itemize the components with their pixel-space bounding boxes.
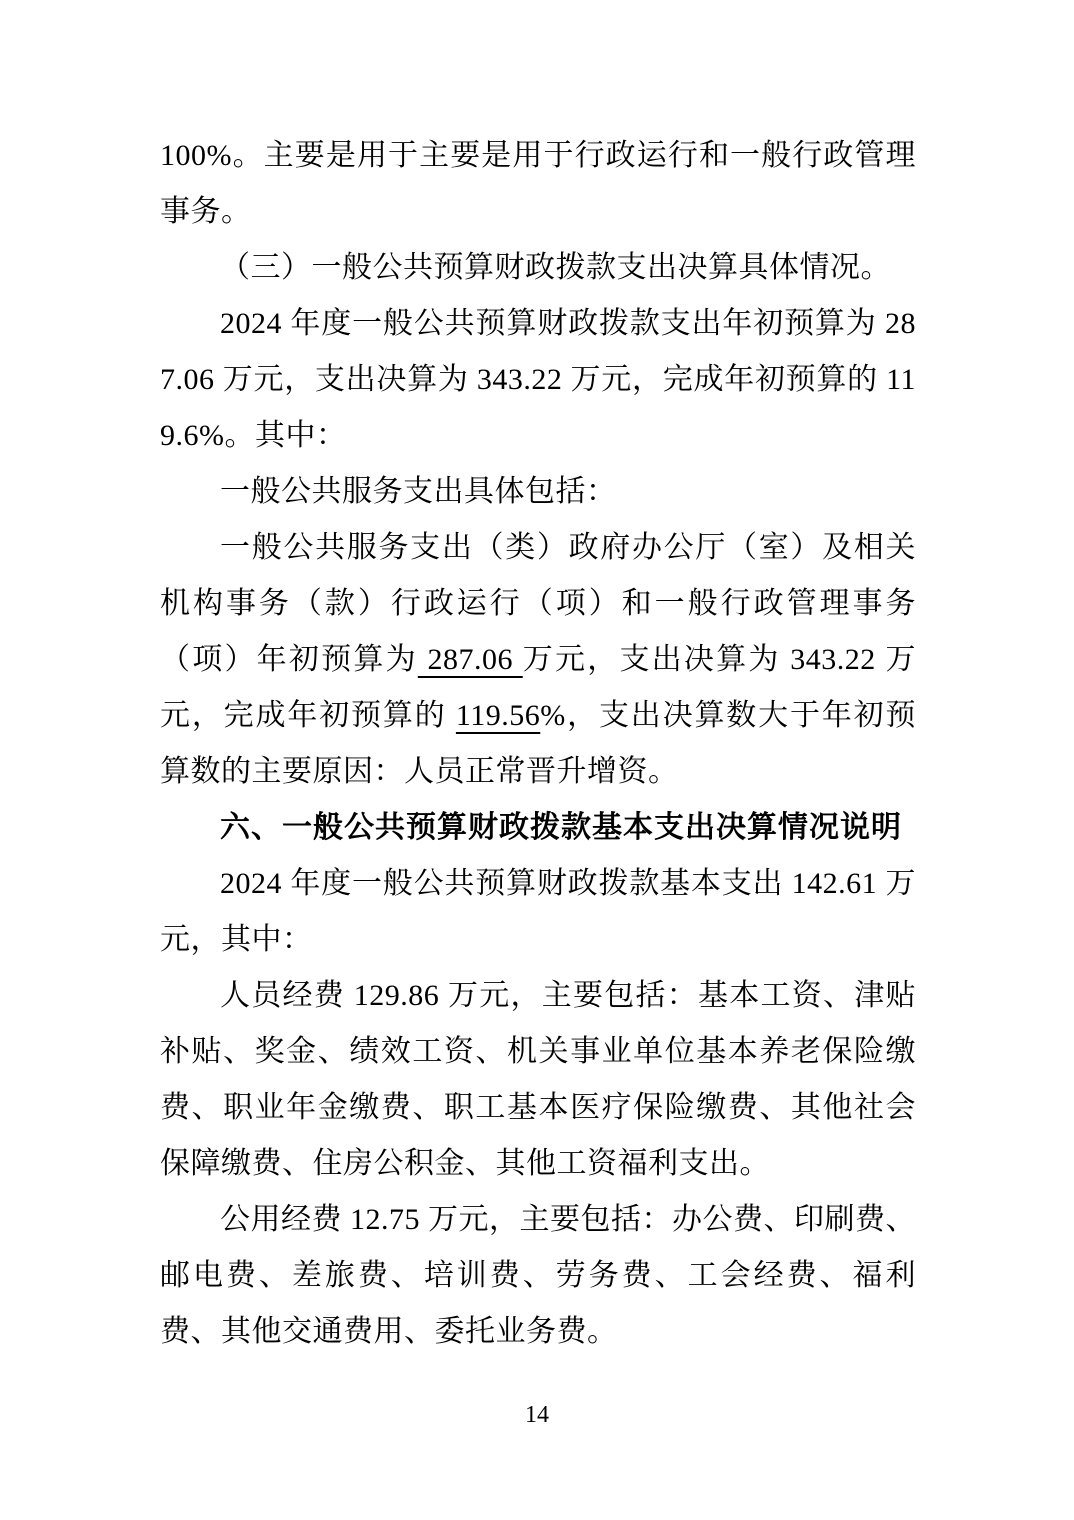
text-run: 2024 年度一般公共预算财政拨款基本支出 142.61 万元，其中： bbox=[160, 867, 916, 956]
paragraph-public-expense: 公用经费 12.75 万元，主要包括：办公费、印刷费、邮电费、差旅费、培训费、劳… bbox=[160, 1192, 916, 1360]
underlined-value: 287.06 bbox=[418, 643, 523, 676]
paragraph-service-expense-detail: 一般公共服务支出（类）政府办公厅（室）及相关机构事务（款）行政运行（项）和一般行… bbox=[160, 520, 916, 800]
text-run: 公用经费 12.75 万元，主要包括：办公费、印刷费、邮电费、差旅费、培训费、劳… bbox=[160, 1203, 916, 1348]
paragraph-subsection-3-title: （三）一般公共预算财政拨款支出决算具体情况。 bbox=[160, 240, 916, 296]
page-number: 14 bbox=[0, 1400, 1074, 1430]
paragraph-budget-summary: 2024 年度一般公共预算财政拨款支出年初预算为 287.06 万元，支出决算为… bbox=[160, 296, 916, 464]
document-page: 100%。主要是用于主要是用于行政运行和一般行政管理事务。（三）一般公共预算财政… bbox=[0, 0, 1074, 1520]
paragraph-service-expense-intro: 一般公共服务支出具体包括： bbox=[160, 464, 916, 520]
document-body: 100%。主要是用于主要是用于行政运行和一般行政管理事务。（三）一般公共预算财政… bbox=[160, 128, 916, 1360]
text-run: （三）一般公共预算财政拨款支出决算具体情况。 bbox=[220, 251, 891, 284]
underlined-value: 119.56 bbox=[456, 699, 540, 732]
paragraph-continuation: 100%。主要是用于主要是用于行政运行和一般行政管理事务。 bbox=[160, 128, 916, 240]
text-run: 人员经费 129.86 万元，主要包括：基本工资、津贴补贴、奖金、绩效工资、机关… bbox=[160, 979, 916, 1180]
text-run: 六、一般公共预算财政拨款基本支出决算情况说明 bbox=[220, 811, 902, 844]
paragraph-basic-expense-summary: 2024 年度一般公共预算财政拨款基本支出 142.61 万元，其中： bbox=[160, 856, 916, 968]
text-run: 2024 年度一般公共预算财政拨款支出年初预算为 287.06 万元，支出决算为… bbox=[160, 307, 916, 452]
section-heading-6: 六、一般公共预算财政拨款基本支出决算情况说明 bbox=[160, 800, 916, 856]
text-run: 一般公共服务支出具体包括： bbox=[220, 475, 617, 508]
text-run: 100%。主要是用于主要是用于行政运行和一般行政管理事务。 bbox=[160, 139, 916, 228]
paragraph-personnel-expense: 人员经费 129.86 万元，主要包括：基本工资、津贴补贴、奖金、绩效工资、机关… bbox=[160, 968, 916, 1192]
